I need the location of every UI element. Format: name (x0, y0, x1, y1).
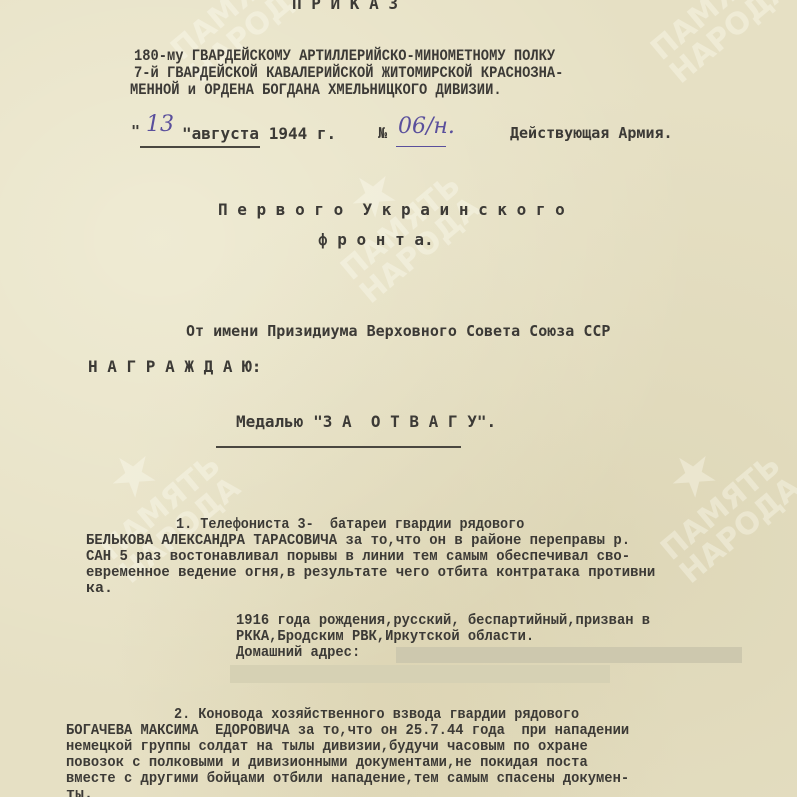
date-underline (140, 146, 260, 148)
header-line: 7-й ГВАРДЕЙСКОЙ КАВАЛЕРИЙСКОЙ ЖИТОМИРСКО… (134, 64, 563, 82)
presidium-line: От имени Призидиума Верховного Совета Со… (186, 322, 610, 340)
front-line: ф р о н т а. (318, 230, 434, 249)
bio-line: Домашний адрес: (236, 644, 360, 661)
entry-line: немецкой группы солдат на тылы дивизии,б… (66, 738, 588, 755)
header-line: 180-му ГВАРДЕЙСКОМУ АРТИЛЛЕРИЙСКО-МИНОМЕ… (134, 47, 555, 65)
star-icon: ★ (610, 0, 758, 43)
number-prefix: № (378, 124, 387, 142)
entry-line: евременное ведение огня,в результате чег… (86, 564, 655, 581)
army-label: Действующая Армия. (510, 124, 673, 142)
medal-line: Медалью "З А О Т В А Г У". (236, 412, 496, 431)
number-underline (396, 146, 446, 147)
redacted-address (230, 665, 610, 683)
entry-line: 1. Телефониста 3- батареи гвардии рядово… (176, 516, 524, 533)
quote-mark: " (131, 122, 140, 140)
star-icon: ★ (620, 407, 768, 544)
entry-line: ка. (86, 580, 113, 597)
watermark: ★ПАМЯТЬНАРОДА (620, 407, 797, 590)
entry-line: САН 5 раз востонавливал порывы в линии т… (86, 548, 630, 565)
watermark: ★ПАМЯТЬНАРОДА (610, 0, 796, 89)
front-line: П е р в о г о У к р а и н с к о г о (218, 200, 565, 219)
handwritten-number: 06/н. (398, 114, 455, 139)
award-verb: Н А Г Р А Ж Д А Ю: (88, 357, 261, 376)
entry-line: ты. (66, 786, 93, 797)
medal-underline (216, 446, 461, 448)
header-line: МЕННОЙ и ОРДЕНА БОГДАНА ХМЕЛЬНИЦКОГО ДИВ… (130, 81, 502, 99)
entry-line: БОГАЧЕВА МАКСИМА ЕДОРОВИЧА за то,что он … (66, 722, 629, 739)
date-month-year: "августа 1944 г. (182, 124, 336, 143)
redacted-address (396, 647, 742, 663)
entry-line: БЕЛЬКОВА АЛЕКСАНДРА ТАРАСОВИЧА за то,что… (86, 532, 630, 549)
star-icon: ★ (130, 0, 278, 43)
entry-line: вместе с другими бойцами отбили нападени… (66, 770, 629, 787)
handwritten-day: 13 (146, 112, 174, 137)
entry-line: повозок с полковыми и дивизионными докум… (66, 754, 588, 771)
entry-line: 2. Коновода хозяйственного взвода гварди… (174, 706, 579, 723)
bio-line: 1916 года рождения,русский, беспартийный… (236, 612, 650, 629)
bio-line: РККА,Бродским РВК,Иркутской области. (236, 628, 534, 645)
document-title: П Р И К А З (292, 0, 398, 13)
